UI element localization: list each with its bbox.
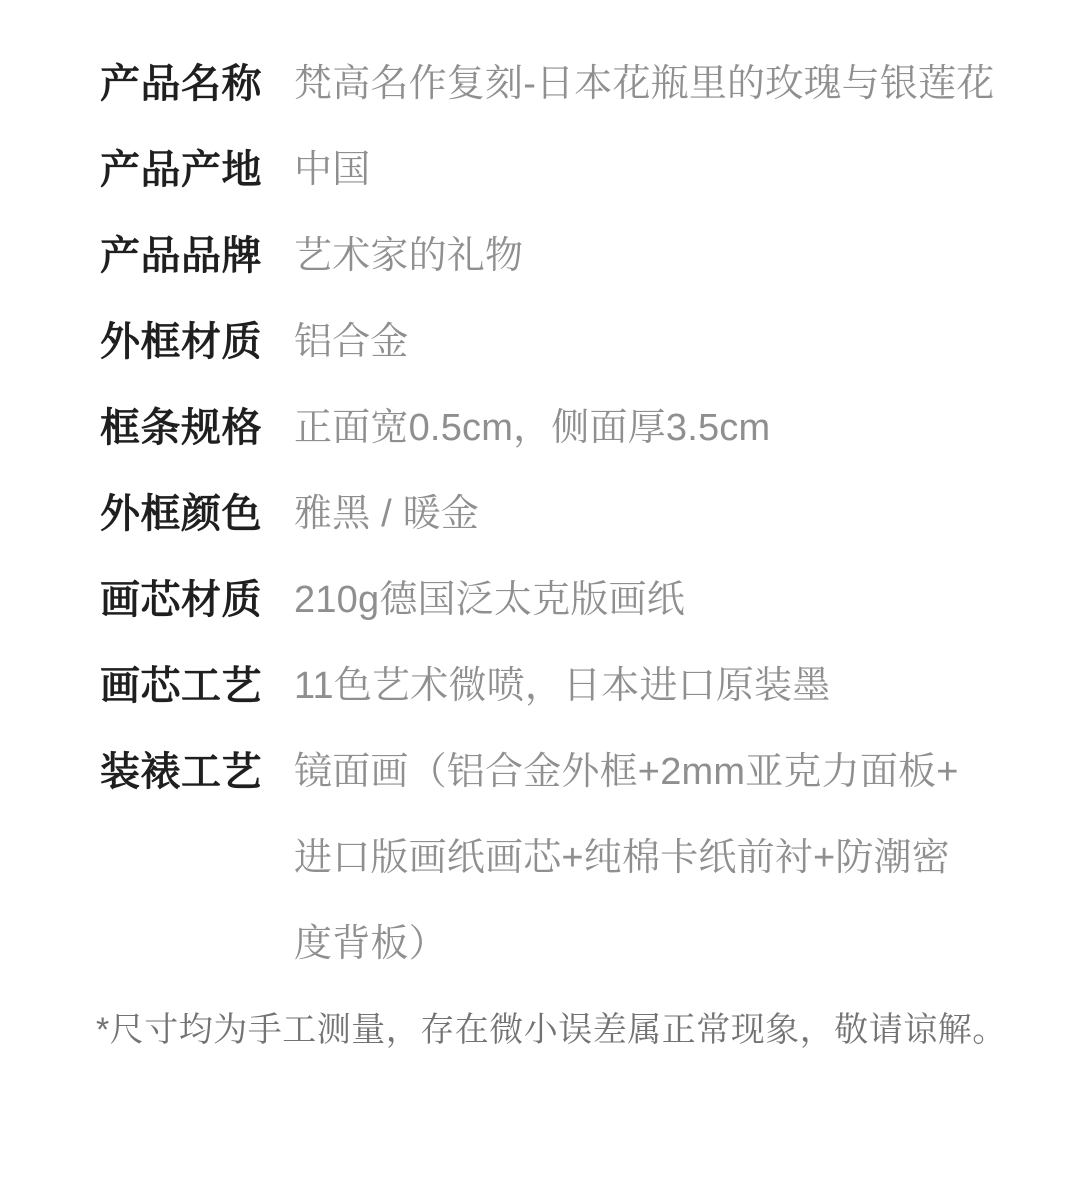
spec-value-line: 正面宽0.5cm，侧面厚3.5cm	[294, 385, 1040, 471]
spec-value: 艺术家的礼物	[294, 213, 1040, 299]
spec-value-line: 铝合金	[294, 299, 1040, 385]
spec-row-frame-color: 外框颜色 雅黑 / 暖金	[100, 471, 1040, 557]
spec-table: 产品名称 梵高名作复刻-日本花瓶里的玫瑰与银莲花 产品产地 中国 产品品牌 艺术…	[100, 41, 1040, 987]
spec-label: 产品品牌	[100, 213, 262, 299]
product-spec-sheet: 产品名称 梵高名作复刻-日本花瓶里的玫瑰与银莲花 产品产地 中国 产品品牌 艺术…	[0, 0, 1080, 1178]
spec-label: 画芯材质	[100, 557, 262, 643]
spec-row-mounting-process: 装裱工艺 镜面画（铝合金外框+2mm亚克力面板+ 进口版画纸画芯+纯棉卡纸前衬+…	[100, 729, 1040, 987]
spec-value-line: 镜面画（铝合金外框+2mm亚克力面板+	[294, 729, 1040, 815]
spec-row-origin: 产品产地 中国	[100, 127, 1040, 213]
spec-value: 中国	[294, 127, 1040, 213]
spec-value: 正面宽0.5cm，侧面厚3.5cm	[294, 385, 1040, 471]
spec-row-frame-spec: 框条规格 正面宽0.5cm，侧面厚3.5cm	[100, 385, 1040, 471]
spec-value: 梵高名作复刻-日本花瓶里的玫瑰与银莲花	[294, 41, 1040, 127]
spec-value-line: 艺术家的礼物	[294, 213, 1040, 299]
spec-value-line: 梵高名作复刻-日本花瓶里的玫瑰与银莲花	[294, 41, 1040, 127]
spec-label: 画芯工艺	[100, 643, 262, 729]
spec-value: 雅黑 / 暖金	[294, 471, 1040, 557]
spec-label: 框条规格	[100, 385, 262, 471]
spec-value-line: 雅黑 / 暖金	[294, 471, 1040, 557]
spec-value: 11色艺术微喷，日本进口原装墨	[294, 643, 1040, 729]
spec-label: 装裱工艺	[100, 729, 262, 815]
spec-value-line: 中国	[294, 127, 1040, 213]
spec-label: 产品名称	[100, 41, 262, 127]
spec-value: 210g德国泛太克版画纸	[294, 557, 1040, 643]
measurement-disclaimer: *尺寸均为手工测量，存在微小误差属正常现象，敬请谅解。	[96, 987, 1040, 1073]
spec-value: 镜面画（铝合金外框+2mm亚克力面板+ 进口版画纸画芯+纯棉卡纸前衬+防潮密 度…	[294, 729, 1040, 987]
spec-label: 外框颜色	[100, 471, 262, 557]
spec-value-line: 进口版画纸画芯+纯棉卡纸前衬+防潮密	[294, 815, 1040, 901]
spec-row-print-material: 画芯材质 210g德国泛太克版画纸	[100, 557, 1040, 643]
spec-value-line: 11色艺术微喷，日本进口原装墨	[294, 643, 1040, 729]
spec-row-frame-material: 外框材质 铝合金	[100, 299, 1040, 385]
spec-value-line: 210g德国泛太克版画纸	[294, 557, 1040, 643]
spec-label: 外框材质	[100, 299, 262, 385]
spec-row-print-process: 画芯工艺 11色艺术微喷，日本进口原装墨	[100, 643, 1040, 729]
spec-value-line: 度背板）	[294, 901, 1040, 987]
spec-row-product-name: 产品名称 梵高名作复刻-日本花瓶里的玫瑰与银莲花	[100, 41, 1040, 127]
spec-label: 产品产地	[100, 127, 262, 213]
spec-value: 铝合金	[294, 299, 1040, 385]
spec-row-brand: 产品品牌 艺术家的礼物	[100, 213, 1040, 299]
